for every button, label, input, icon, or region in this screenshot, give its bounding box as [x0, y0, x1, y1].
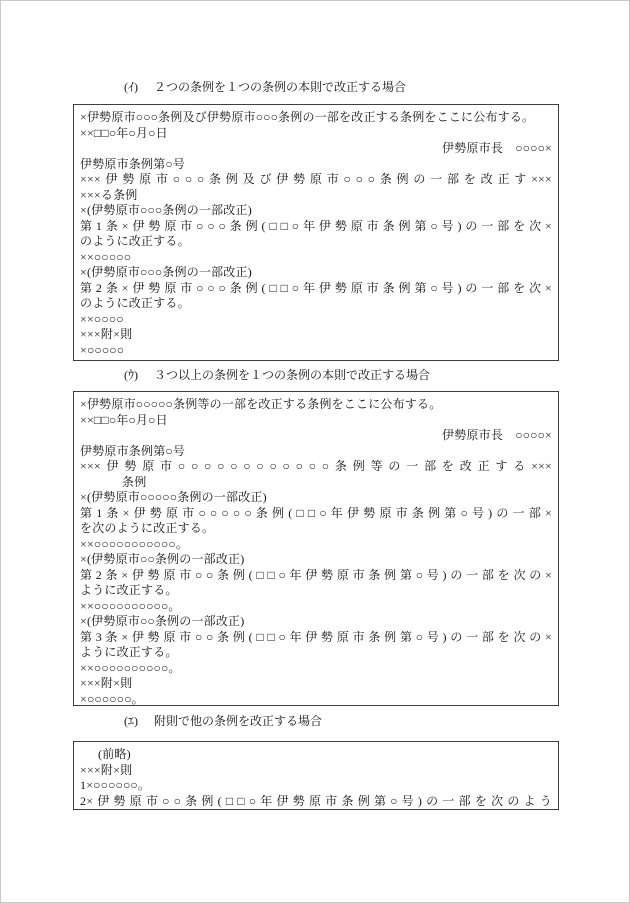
document-line: 伊勢原市条例第○号 [80, 444, 552, 460]
section-marker: (ｳ) [124, 368, 138, 382]
document-line: 第1条×伊勢原市○○○○○条例(□□○年伊勢原市条例第○号)の一部× [80, 506, 552, 522]
section-title: 附則で他の条例を改正する場合 [154, 714, 322, 728]
document-line: 伊勢原市長 ○○○○× [80, 141, 552, 157]
document-line: 第2条×伊勢原市○○条例(□□○年伊勢原市条例第○号)の一部を次の× [80, 568, 552, 584]
document-line: ×○○○○○ [80, 343, 552, 359]
document-line: ように改正する。 [80, 645, 552, 661]
document-line: 伊勢原市長 ○○○○× [80, 428, 552, 444]
document-line: ×(伊勢原市○○条例の一部改正) [80, 614, 552, 630]
document-line: ×(伊勢原市○○○○○条例の一部改正) [80, 490, 552, 506]
document-line: のように改正する。 [80, 234, 552, 250]
document-line: ×(伊勢原市○○○条例の一部改正) [80, 203, 552, 219]
document-line: ×××附×則 [80, 763, 552, 779]
section-title: ２つの条例を１つの条例の本則で改正する場合 [154, 80, 406, 94]
document-line: ××○○○○○○○○○○○。 [80, 537, 552, 553]
document-line: (前略) [80, 747, 552, 763]
document-line: ように改正する。 [80, 583, 552, 599]
document-line: ×××伊勢原市○○○条例及び伊勢原市○○○条例の一部を改正す××× [80, 172, 552, 188]
example-box-two-ordinances: ×伊勢原市○○○条例及び伊勢原市○○○条例の一部を改正する条例をここに公布する。… [73, 104, 559, 361]
document-line: ××○○○○○ [80, 250, 552, 266]
section-marker: (ｴ) [124, 714, 138, 728]
example-box-supplementary-provisions: (前略)×××附×則1×○○○○○○。2×伊勢原市○○条例(□□○年伊勢原市条例… [73, 741, 559, 810]
document-line: ×××伊勢原市○○○○○○○○○○○○条例等の一部を改正する××× [80, 459, 552, 475]
document-page: (ｲ) ２つの条例を１つの条例の本則で改正する場合 ×伊勢原市○○○条例及び伊勢… [0, 0, 630, 903]
document-line: ×伊勢原市○○○○○条例等の一部を改正する条例をここに公布する。 [80, 397, 552, 413]
document-line: ×伊勢原市○○○条例及び伊勢原市○○○条例の一部を改正する条例をここに公布する。 [80, 110, 552, 126]
document-line: のように改正する。 [80, 296, 552, 312]
document-line: ××□□○年○月○日 [80, 126, 552, 142]
document-line: ××○○○○○○○○○○。 [80, 599, 552, 615]
document-line: ×(伊勢原市○○条例の一部改正) [80, 552, 552, 568]
section-marker: (ｲ) [124, 80, 138, 94]
document-line: ×××る条例 [80, 188, 552, 204]
document-line: ×○○○○○○。 [80, 692, 552, 707]
section-heading-u: (ｳ) ３つ以上の条例を１つの条例の本則で改正する場合 [124, 368, 430, 382]
document-line: 第3条×伊勢原市○○条例(□□○年伊勢原市条例第○号)の一部を次の× [80, 630, 552, 646]
document-line: 第2条×伊勢原市○○○条例(□□○年伊勢原市条例第○号)の一部を次× [80, 281, 552, 297]
document-line: 伊勢原市条例第○号 [80, 157, 552, 173]
document-line: ×××附×則 [80, 327, 552, 343]
example-box-three-or-more-ordinances: ×伊勢原市○○○○○条例等の一部を改正する条例をここに公布する。××□□○年○月… [73, 391, 559, 706]
document-line: ×(伊勢原市○○○条例の一部改正) [80, 265, 552, 281]
document-line: ××○○○○ [80, 312, 552, 328]
document-line: を次のように改正する。 [80, 521, 552, 537]
document-line: 条例 [80, 475, 552, 491]
document-line: 2×伊勢原市○○条例(□□○年伊勢原市条例第○号)の一部を次のよう [80, 794, 552, 810]
section-title: ３つ以上の条例を１つの条例の本則で改正する場合 [154, 368, 430, 382]
document-line: ××□□○年○月○日 [80, 413, 552, 429]
document-line: 第1条×伊勢原市○○○条例(□□○年伊勢原市条例第○号)の一部を次× [80, 219, 552, 235]
section-heading-i: (ｲ) ２つの条例を１つの条例の本則で改正する場合 [124, 80, 406, 94]
document-line: ××○○○○○○○○○○。 [80, 661, 552, 677]
document-line: ×××附×則 [80, 676, 552, 692]
document-line: 1×○○○○○○。 [80, 778, 552, 794]
section-heading-e: (ｴ) 附則で他の条例を改正する場合 [124, 714, 322, 728]
